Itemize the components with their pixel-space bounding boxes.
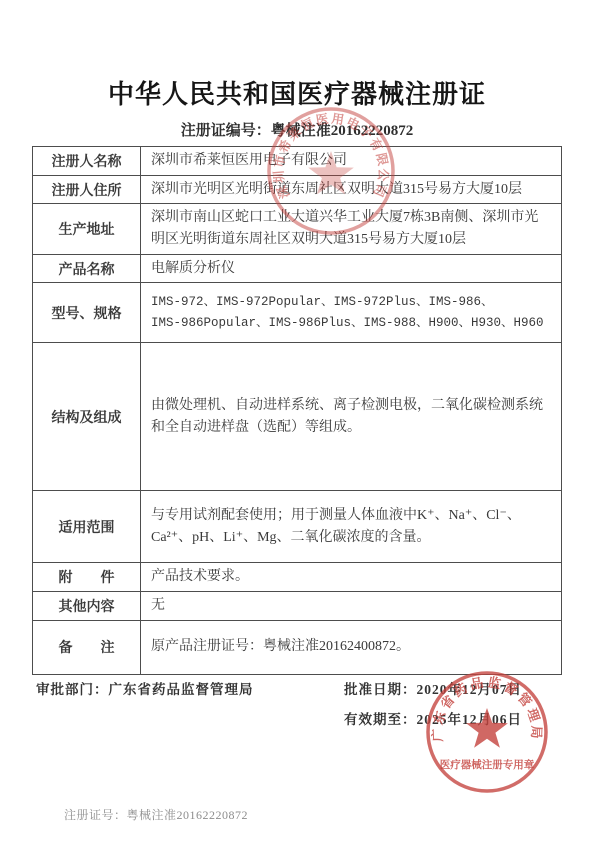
row-label-scope: 适用范围 bbox=[33, 491, 141, 563]
approval-department-line: 审批部门：广东省药品监督管理局 bbox=[36, 678, 254, 698]
row-label-production-address: 生产地址 bbox=[33, 204, 141, 254]
approval-date-label: 批准日期： bbox=[344, 682, 417, 697]
row-label-remark: 备 注 bbox=[33, 620, 141, 674]
table-row: 其他内容 无 bbox=[33, 592, 562, 621]
row-value-registrant-name: 深圳市希莱恒医用电子有限公司 bbox=[141, 147, 562, 176]
table-row: 附 件 产品技术要求。 bbox=[33, 563, 562, 592]
certificate-table: 注册人名称 深圳市希莱恒医用电子有限公司 注册人住所 深圳市光明区光明街道东周社… bbox=[32, 146, 562, 675]
row-value-structure: 由微处理机、自动进样系统、离子检测电极，二氧化碳检测系统和全自动进样盘（选配）等… bbox=[141, 343, 562, 491]
certificate-page: 中华人民共和国医疗器械注册证 注册证编号：粤械注准20162220872 注册人… bbox=[0, 0, 594, 846]
valid-until-label: 有效期至： bbox=[344, 712, 417, 727]
authority-seal-subtext: 医疗器械注册专用章 bbox=[440, 758, 535, 771]
table-row: 产品名称 电解质分析仪 bbox=[33, 254, 562, 283]
table-row: 生产地址 深圳市南山区蛇口工业大道兴华工业大厦7栋3B南侧、深圳市光明区光明街道… bbox=[33, 204, 562, 254]
row-label-structure: 结构及组成 bbox=[33, 343, 141, 491]
bottom-cert-number-label: 注册证号： bbox=[64, 808, 127, 822]
page-title: 中华人民共和国医疗器械注册证 bbox=[0, 74, 594, 111]
approval-department-value: 广东省药品监督管理局 bbox=[109, 682, 254, 697]
approval-date-value: 2020年12月07日 bbox=[417, 682, 523, 697]
approval-date-line: 批准日期：2020年12月07日 bbox=[344, 678, 522, 698]
table-row: 备 注 原产品注册证号：粤械注准20162400872。 bbox=[33, 620, 562, 674]
row-value-model-spec: IMS-972、IMS-972Popular、IMS-972Plus、IMS-9… bbox=[141, 283, 562, 343]
cert-number-label: 注册证编号： bbox=[181, 123, 271, 139]
row-value-product-name: 电解质分析仪 bbox=[141, 254, 562, 283]
cert-number-line: 注册证编号：粤械注准20162220872 bbox=[0, 119, 594, 140]
row-label-model-spec: 型号、规格 bbox=[33, 283, 141, 343]
cert-number-value: 粤械注准20162220872 bbox=[271, 123, 414, 139]
bottom-cert-number-value: 粤械注准20162220872 bbox=[127, 808, 249, 822]
row-value-scope: 与专用试剂配套使用；用于测量人体血液中K⁺、Na⁺、Cl⁻、Ca²⁺、pH、Li… bbox=[141, 491, 562, 563]
bottom-cert-number-line: 注册证号：粤械注准20162220872 bbox=[64, 806, 248, 823]
row-value-production-address: 深圳市南山区蛇口工业大道兴华工业大厦7栋3B南侧、深圳市光明区光明街道东周社区双… bbox=[141, 204, 562, 254]
approval-department-label: 审批部门： bbox=[36, 682, 109, 697]
row-value-attachment: 产品技术要求。 bbox=[141, 563, 562, 592]
row-value-remark: 原产品注册证号：粤械注准20162400872。 bbox=[141, 620, 562, 674]
table-row: 注册人住所 深圳市光明区光明街道东周社区双明大道315号易方大厦10层 bbox=[33, 175, 562, 204]
valid-until-line: 有效期至：2025年12月06日 bbox=[344, 708, 522, 728]
table-row: 适用范围 与专用试剂配套使用；用于测量人体血液中K⁺、Na⁺、Cl⁻、Ca²⁺、… bbox=[33, 491, 562, 563]
row-value-registrant-address: 深圳市光明区光明街道东周社区双明大道315号易方大厦10层 bbox=[141, 175, 562, 204]
row-label-registrant-address: 注册人住所 bbox=[33, 175, 141, 204]
table-row: 结构及组成 由微处理机、自动进样系统、离子检测电极，二氧化碳检测系统和全自动进样… bbox=[33, 343, 562, 491]
row-label-attachment: 附 件 bbox=[33, 563, 141, 592]
table-row: 型号、规格 IMS-972、IMS-972Popular、IMS-972Plus… bbox=[33, 283, 562, 343]
row-label-product-name: 产品名称 bbox=[33, 254, 141, 283]
row-value-other: 无 bbox=[141, 592, 562, 621]
row-label-other: 其他内容 bbox=[33, 592, 141, 621]
row-label-registrant-name: 注册人名称 bbox=[33, 147, 141, 176]
valid-until-value: 2025年12月06日 bbox=[417, 712, 523, 727]
table-row: 注册人名称 深圳市希莱恒医用电子有限公司 bbox=[33, 147, 562, 176]
